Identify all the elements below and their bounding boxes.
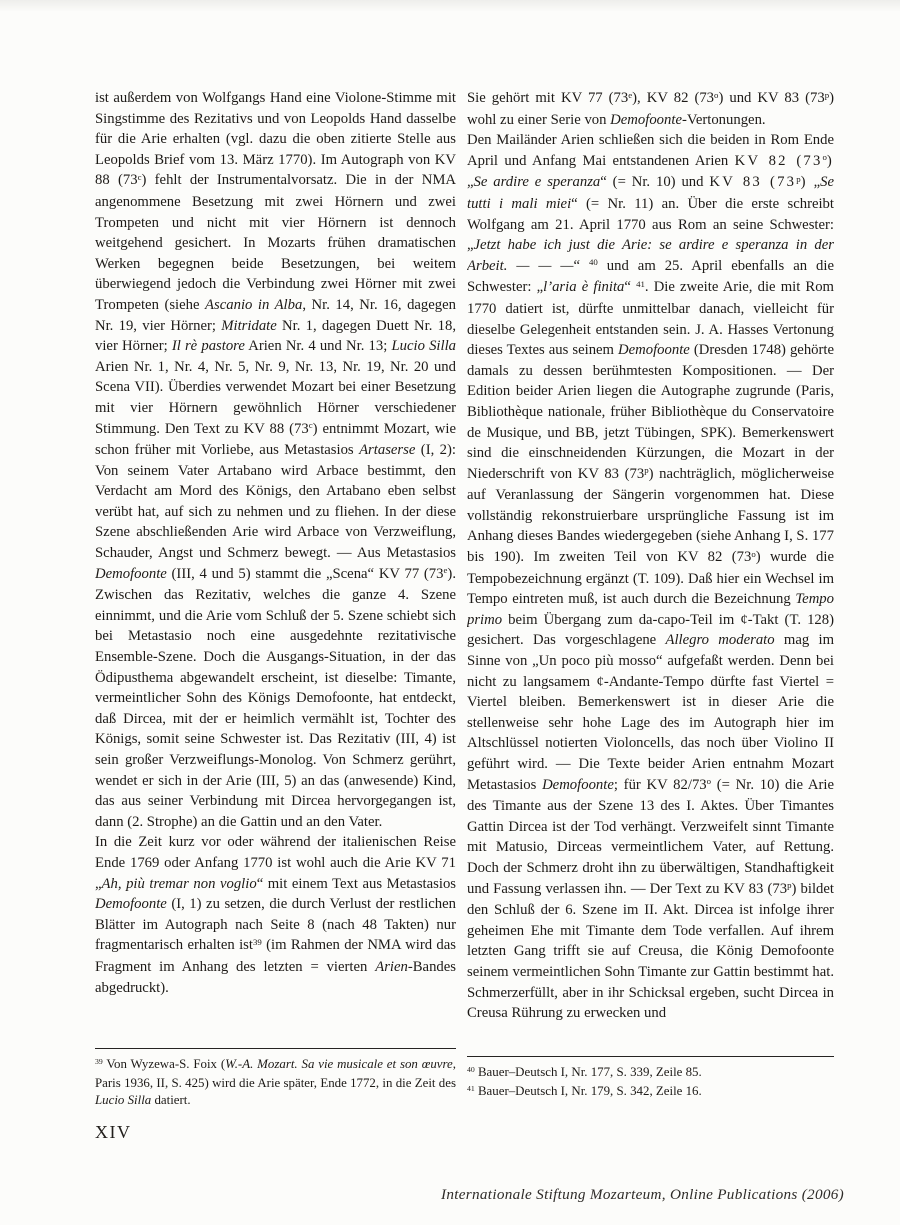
right-column-paragraph-2: Den Mailänder Arien schließen sich die b… <box>467 130 834 1024</box>
right-column: Sie gehört mit KV 77 (73e), KV 82 (73o) … <box>467 88 834 1054</box>
footnote-39: 39 Von Wyzewa-S. Foix (W.-A. Mozart. Sa … <box>95 1056 456 1110</box>
scanned-document-page: ist außerdem von Wolfgangs Hand eine Vio… <box>0 0 900 1225</box>
footnote-divider-right <box>467 1056 834 1057</box>
footer-credit: Internationale Stiftung Mozarteum, Onlin… <box>441 1186 844 1204</box>
left-column-paragraph-2: In die Zeit kurz vor oder während der it… <box>95 832 456 998</box>
footnote-40: 40 Bauer–Deutsch I, Nr. 177, S. 339, Zei… <box>467 1064 834 1083</box>
right-footnote-block: 40 Bauer–Deutsch I, Nr. 177, S. 339, Zei… <box>467 1056 834 1101</box>
left-column: ist außerdem von Wolfgangs Hand eine Vio… <box>95 88 456 1050</box>
left-column-paragraph-1: ist außerdem von Wolfgangs Hand eine Vio… <box>95 88 456 832</box>
footnote-divider-left <box>95 1048 456 1049</box>
right-column-paragraph-1: Sie gehört mit KV 77 (73e), KV 82 (73o) … <box>467 88 834 130</box>
page-number: XIV <box>95 1122 132 1143</box>
left-footnote-block: 39 Von Wyzewa-S. Foix (W.-A. Mozart. Sa … <box>95 1048 456 1110</box>
page-top-shading <box>0 0 900 12</box>
footnote-41: 41 Bauer–Deutsch I, Nr. 179, S. 342, Zei… <box>467 1083 834 1102</box>
